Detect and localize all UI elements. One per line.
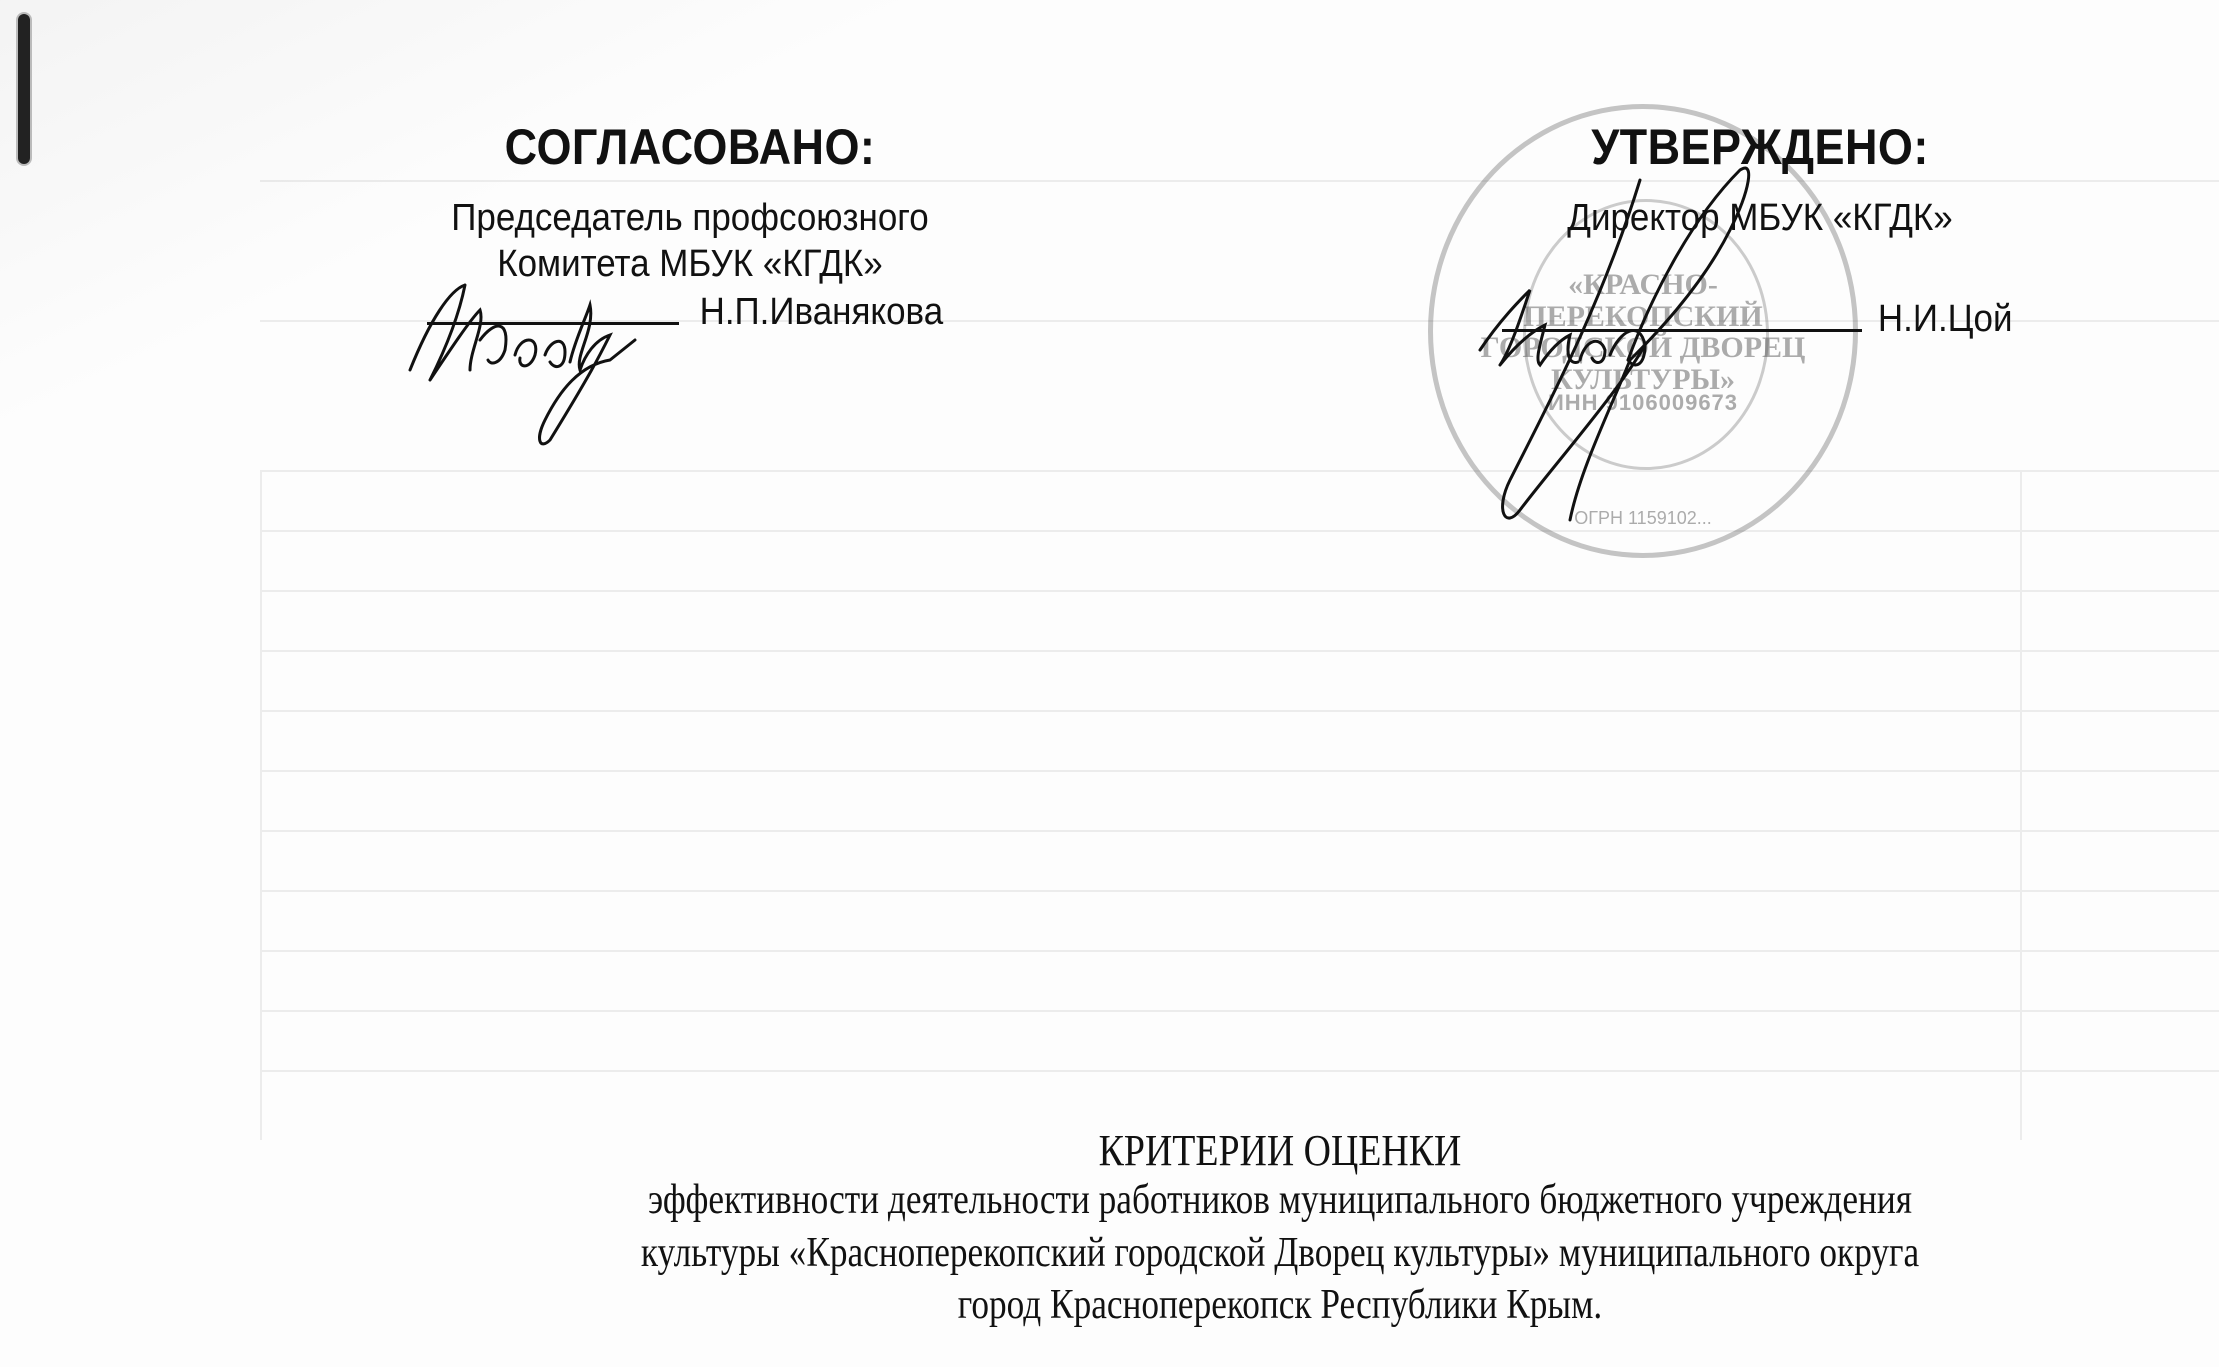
stamp-ogrn: ОГРН 1159102... (1433, 509, 1853, 528)
document-title-block: КРИТЕРИИ ОЦЕНКИ эффективности деятельнос… (340, 1128, 2219, 1332)
agreed-role-line-2: Комитета МБУК «КГДК» (359, 242, 1021, 288)
signature-line (427, 322, 679, 325)
agreed-signer-name: Н.П.Иванякова (699, 293, 943, 331)
stamp-inn: ИНН 9106009673 (1433, 391, 1853, 414)
signature-line (1502, 329, 1862, 332)
approved-block: УТВЕРЖДЕНО: Директор МБУК «КГДК» Н.И.Цой (1490, 122, 2030, 338)
document-subtitle-line-1: эффективности деятельности работников му… (490, 1174, 2069, 1227)
approved-heading: УТВЕРЖДЕНО: (1517, 122, 2003, 172)
document-page: «КРАСНО- ПЕРЕКОПСКИЙ ГОРОДСКОЙ ДВОРЕЦ КУ… (0, 0, 2219, 1367)
staple (18, 14, 30, 164)
document-subtitle-line-2: культуры «Красноперекопский городской Дв… (490, 1227, 2069, 1280)
approved-signer-name: Н.И.Цой (1878, 300, 2013, 338)
agreed-heading: СОГЛАСОВАНО: (366, 122, 1014, 172)
agreed-role-line-1: Председатель профсоюзного (359, 196, 1021, 242)
agreed-signature-row: Н.П.Иванякова (330, 293, 1050, 331)
document-subtitle-line-3: город Красноперекопск Республики Крым. (490, 1279, 2069, 1332)
agreed-block: СОГЛАСОВАНО: Председатель профсоюзного К… (330, 122, 1050, 331)
approved-role-line-1: Директор МБУК «КГДК» (1512, 196, 2009, 242)
approved-signature-row: Н.И.Цой (1490, 300, 2030, 338)
document-title: КРИТЕРИИ ОЦЕНКИ (472, 1128, 2089, 1174)
